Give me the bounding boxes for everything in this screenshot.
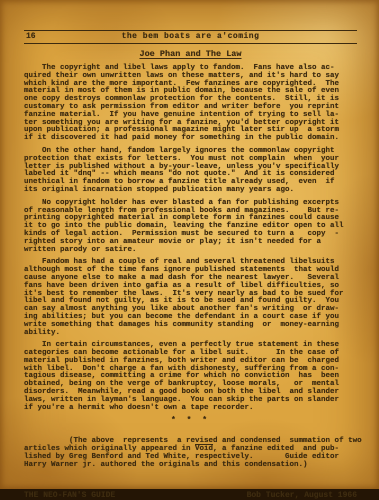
closing-note-text: (The above represents a revised and cond… xyxy=(24,437,362,468)
asterisk-separator: * * * xyxy=(24,417,357,425)
footer-publication-title: THE NEO-FAN'S GUIDE xyxy=(24,491,115,500)
scanned-fanzine-page: 16 the bem boats are a'coming Joe Phan a… xyxy=(0,0,379,489)
paragraph: The copyright and libel laws apply to fa… xyxy=(24,65,357,143)
paragraph: On the other hand, fandom largely ignore… xyxy=(24,148,357,195)
article-paragraphs: The copyright and libel laws apply to fa… xyxy=(24,65,357,412)
paragraph: Fandom has had a couple of real and seve… xyxy=(24,259,357,337)
page-number: 16 xyxy=(26,32,36,41)
paragraph: No copyright holder has ever blasted a f… xyxy=(24,200,357,255)
paragraph: In certain circumstances, even a perfect… xyxy=(24,342,357,412)
closing-note: (The above represents a revised and cond… xyxy=(24,430,357,485)
article-title: Joe Phan and The Law xyxy=(24,50,357,59)
running-header: 16 the bem boats are a'coming xyxy=(24,30,357,44)
running-header-text: the bem boats are a'coming xyxy=(122,32,260,41)
page-footer: THE NEO-FAN'S GUIDE Bob Tucker, August 1… xyxy=(24,491,357,500)
page-content: 16 the bem boats are a'coming Joe Phan a… xyxy=(24,0,357,500)
footer-credit: Bob Tucker, August 1966 xyxy=(247,491,357,500)
void-title-underline xyxy=(195,444,213,445)
